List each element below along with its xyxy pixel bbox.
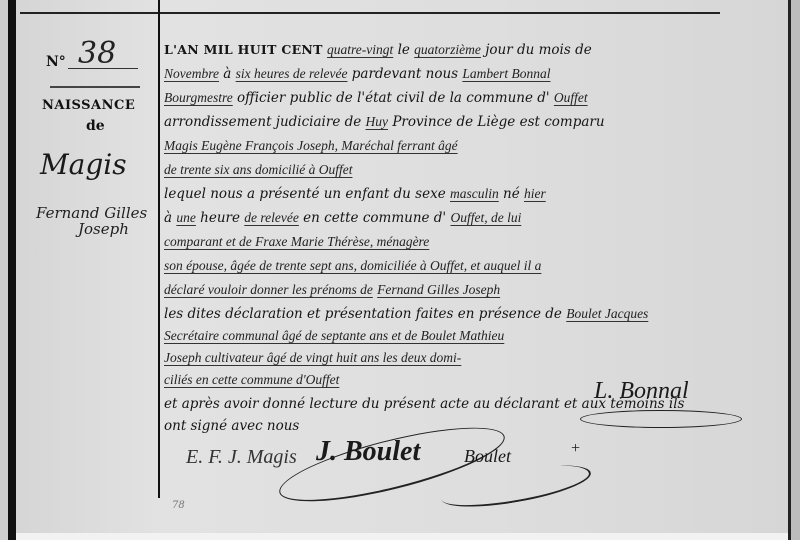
adjacent-page-edge — [0, 0, 8, 540]
body-line-10: son épouse, âgée de trente sept ans, dom… — [164, 258, 541, 274]
entry-number-underline — [68, 68, 138, 69]
margin-column-divider — [158, 0, 160, 498]
printed-text: L'AN MIL HUIT CENT — [164, 42, 323, 57]
body-line-9: comparant et de Fraxe Marie Thérèse, mén… — [164, 234, 429, 250]
printed-text: pardevant nous — [352, 66, 458, 82]
handwritten-month: Novembre — [164, 66, 219, 81]
printed-text: lequel nous a présenté un enfant du sexe — [164, 186, 446, 202]
printed-text: les dites déclaration et présentation fa… — [164, 306, 562, 322]
body-line-6: de trente six ans domicilié à Ouffet — [164, 162, 352, 178]
handwritten-period: de relevée — [244, 210, 299, 225]
printed-text: Province de Liège est comparu — [392, 114, 604, 130]
signature-officer: L. Bonnal — [594, 378, 689, 405]
handwritten-hour: une — [176, 210, 196, 225]
record-type-heading: NAISSANCE — [42, 98, 135, 113]
printed-text: à — [223, 66, 231, 82]
handwritten-arrondissement: Huy — [366, 114, 389, 129]
handwritten-year: quatre-vingt — [327, 42, 393, 57]
handwritten-witness2-details: Joseph cultivateur âgé de vingt huit ans… — [164, 350, 461, 365]
body-line-8: à une heure de relevée en cette commune … — [164, 210, 521, 226]
printed-text: jour du mois de — [485, 42, 591, 58]
handwritten-father-age-residence: de trente six ans domicilié à Ouffet — [164, 162, 352, 177]
handwritten-given-names: Fernand Gilles Joseph — [377, 282, 500, 297]
body-line-15: ciliés en cette commune d'Ouffet — [164, 372, 339, 388]
handwritten-mother-details: son épouse, âgée de trente sept ans, dom… — [164, 258, 541, 273]
register-page: N° 38 NAISSANCE de Magis Fernand Gilles … — [0, 0, 800, 540]
handwritten-commune: Ouffet — [554, 90, 588, 105]
body-line-14: Joseph cultivateur âgé de vingt huit ans… — [164, 350, 461, 366]
top-rule-line — [20, 12, 720, 14]
printed-text: heure — [200, 210, 240, 226]
body-line-7: lequel nous a présenté un enfant du sexe… — [164, 186, 546, 202]
handwritten-officer-name: Lambert Bonnal — [462, 66, 550, 81]
binding-shadow — [8, 0, 16, 540]
handwritten-birth-day: hier — [524, 186, 546, 201]
signature-witness1: J. Boulet — [316, 436, 420, 468]
handwritten-witness-residence: ciliés en cette commune d'Ouffet — [164, 372, 339, 387]
printed-text: officier public de l'état civil de la co… — [237, 90, 550, 106]
printed-text: arrondissement judiciaire de — [164, 114, 361, 130]
body-line-12: les dites déclaration et présentation fa… — [164, 306, 648, 322]
handwritten-birth-commune: Ouffet, de lui — [450, 210, 521, 225]
child-given-names-line2: Joseph — [78, 220, 129, 238]
entry-number-value: 38 — [78, 36, 116, 71]
body-line-3: Bourgmestre officier public de l'état ci… — [164, 90, 588, 106]
printed-text: ont signé avec nous — [164, 418, 299, 434]
printed-text: en cette commune d' — [303, 210, 446, 226]
printed-text: le — [398, 42, 410, 58]
signature-declarant: E. F. J. Magis — [186, 446, 297, 469]
handwritten-sex: masculin — [450, 186, 499, 201]
handwritten-witness1-name: Boulet Jacques — [566, 306, 648, 321]
entry-number-label: N° — [46, 54, 66, 70]
record-type-de: de — [86, 118, 105, 134]
body-line-5: Magis Eugène François Joseph, Maréchal f… — [164, 138, 458, 154]
signature-witness2-mark: + — [570, 440, 581, 458]
handwritten-time: six heures de relevée — [236, 66, 348, 81]
handwritten-day: quatorzième — [414, 42, 481, 57]
printed-text: à — [164, 210, 172, 226]
body-line-2: Novembre à six heures de relevée pardeva… — [164, 66, 551, 82]
body-line-1: L'AN MIL HUIT CENT quatre-vingt le quato… — [164, 42, 592, 58]
bottom-page-edge — [16, 533, 788, 540]
body-line-17: ont signé avec nous — [164, 418, 299, 434]
body-line-11: déclaré vouloir donner les prénoms de Fe… — [164, 282, 500, 298]
handwritten-witness-details: Secrétaire communal âgé de septante ans … — [164, 328, 504, 343]
handwritten-father-details: Magis Eugène François Joseph, Maréchal f… — [164, 138, 458, 153]
right-page-edge — [791, 0, 800, 540]
printed-text: né — [503, 186, 520, 202]
body-line-4: arrondissement judiciaire de Huy Provinc… — [164, 114, 605, 130]
handwritten-officer-title: Bourgmestre — [164, 90, 233, 105]
body-line-13: Secrétaire communal âgé de septante ans … — [164, 328, 504, 344]
page-stamp-mark: 78 — [172, 500, 185, 511]
handwritten-declaration: déclaré vouloir donner les prénoms de — [164, 282, 373, 297]
signature-flourish — [580, 410, 742, 428]
child-surname: Magis — [40, 148, 127, 181]
handwritten-mother-name: comparant et de Fraxe Marie Thérèse, mén… — [164, 234, 429, 249]
margin-separator — [50, 86, 140, 88]
signature-witness2: Boulet — [464, 446, 511, 467]
